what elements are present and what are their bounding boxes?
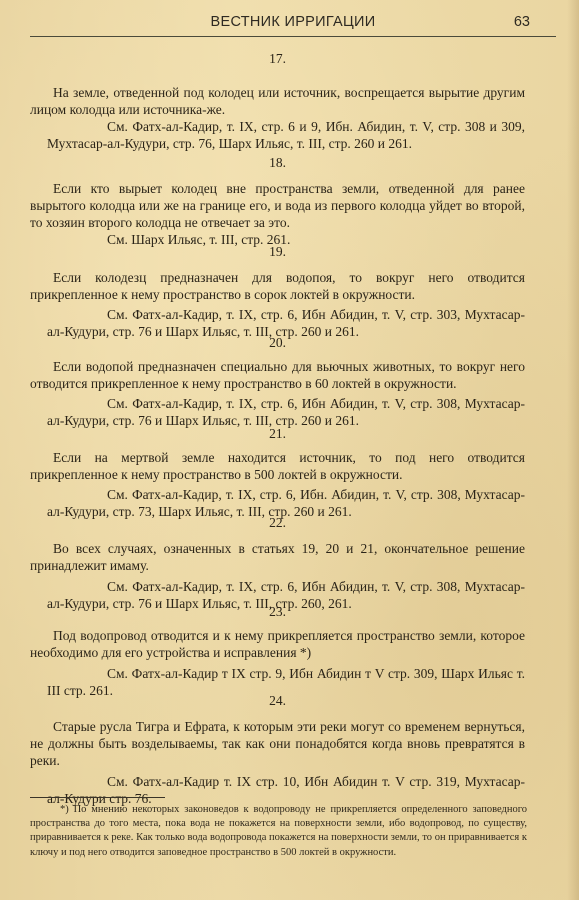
article-body: Если колодезц предназначен для водопоя, … bbox=[30, 269, 525, 303]
article-body: Если на мертвой земле находится источник… bbox=[30, 449, 525, 483]
article-number: 19. bbox=[30, 243, 525, 260]
article-21: 21. Если на мертвой земле находится исто… bbox=[30, 425, 525, 520]
article-19: 19. Если колодезц предназначен для водоп… bbox=[30, 243, 525, 340]
article-number: 24. bbox=[30, 692, 525, 709]
article-body: Если кто вырыет колодец вне пространства… bbox=[30, 180, 525, 231]
page-edge-shadow bbox=[567, 0, 579, 900]
article-number: 20. bbox=[30, 334, 525, 351]
footnote: *) По мнению некоторых законоведов к вод… bbox=[30, 803, 527, 860]
page-number: 63 bbox=[514, 14, 530, 30]
article-body: Старые русла Тигра и Ефрата, к которым э… bbox=[30, 718, 525, 769]
article-number: 23. bbox=[30, 603, 525, 620]
article-reference: См. Фатх-ал-Кадир т. IX стр. 10, Ибн Аби… bbox=[30, 773, 525, 807]
article-18: 18. Если кто вырыет колодец вне простран… bbox=[30, 154, 525, 248]
article-17: 17. На земле, отведенной под колодец или… bbox=[30, 50, 525, 152]
article-23: 23. Под водопровод отводится и к нему пр… bbox=[30, 603, 525, 699]
article-body: Если водопой предназначен специально для… bbox=[30, 358, 525, 392]
article-reference: См. Фатх-ал-Кадир, т. IX, стр. 6 и 9, Иб… bbox=[30, 118, 525, 152]
header-rule bbox=[30, 36, 556, 37]
journal-title: ВЕСТНИК ИРРИГАЦИИ bbox=[30, 14, 556, 30]
journal-page: ВЕСТНИК ИРРИГАЦИИ 63 17. На земле, отвед… bbox=[30, 0, 556, 36]
article-number: 17. bbox=[30, 50, 525, 67]
article-number: 18. bbox=[30, 154, 525, 171]
article-body: Под водопровод отводится и к нему прикре… bbox=[30, 627, 525, 661]
running-head: ВЕСТНИК ИРРИГАЦИИ 63 bbox=[30, 0, 556, 36]
article-reference: См. Фатх-ал-Кадир, т. IX, стр. 6, Ибн Аб… bbox=[30, 395, 525, 429]
article-24: 24. Старые русла Тигра и Ефрата, к котор… bbox=[30, 692, 525, 807]
article-20: 20. Если водопой предназначен специально… bbox=[30, 334, 525, 429]
article-number: 22. bbox=[30, 514, 525, 531]
article-body: На земле, отведенной под колодец или ист… bbox=[30, 84, 525, 118]
article-body: Во всех случаях, означенных в статьях 19… bbox=[30, 540, 525, 574]
footnote-rule bbox=[30, 797, 165, 798]
article-number: 21. bbox=[30, 425, 525, 442]
article-22: 22. Во всех случаях, означенных в статья… bbox=[30, 514, 525, 612]
